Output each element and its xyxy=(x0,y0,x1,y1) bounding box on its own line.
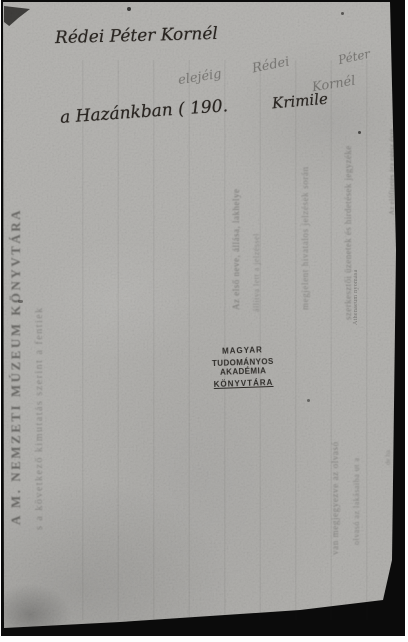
ink-speck xyxy=(341,12,344,15)
ink-speck xyxy=(127,7,131,11)
scanned-page: A M. NEMZETI MÚZEUM KÖNYVTÁRA s a követk… xyxy=(0,0,408,642)
library-stamp: MAGYAR TUDOMÁNYOS AKADÉMIA KÖNYVTÁRA xyxy=(191,344,294,390)
stamp-line: TUDOMÁNYOS AKADÉMIA xyxy=(192,356,295,378)
ink-speck xyxy=(358,131,361,134)
ink-speck xyxy=(307,399,310,402)
ink-speck xyxy=(18,300,23,303)
handwritten-owner-name: Rédei Péter Kornél xyxy=(55,24,218,48)
show-through-column-rules xyxy=(48,60,384,620)
